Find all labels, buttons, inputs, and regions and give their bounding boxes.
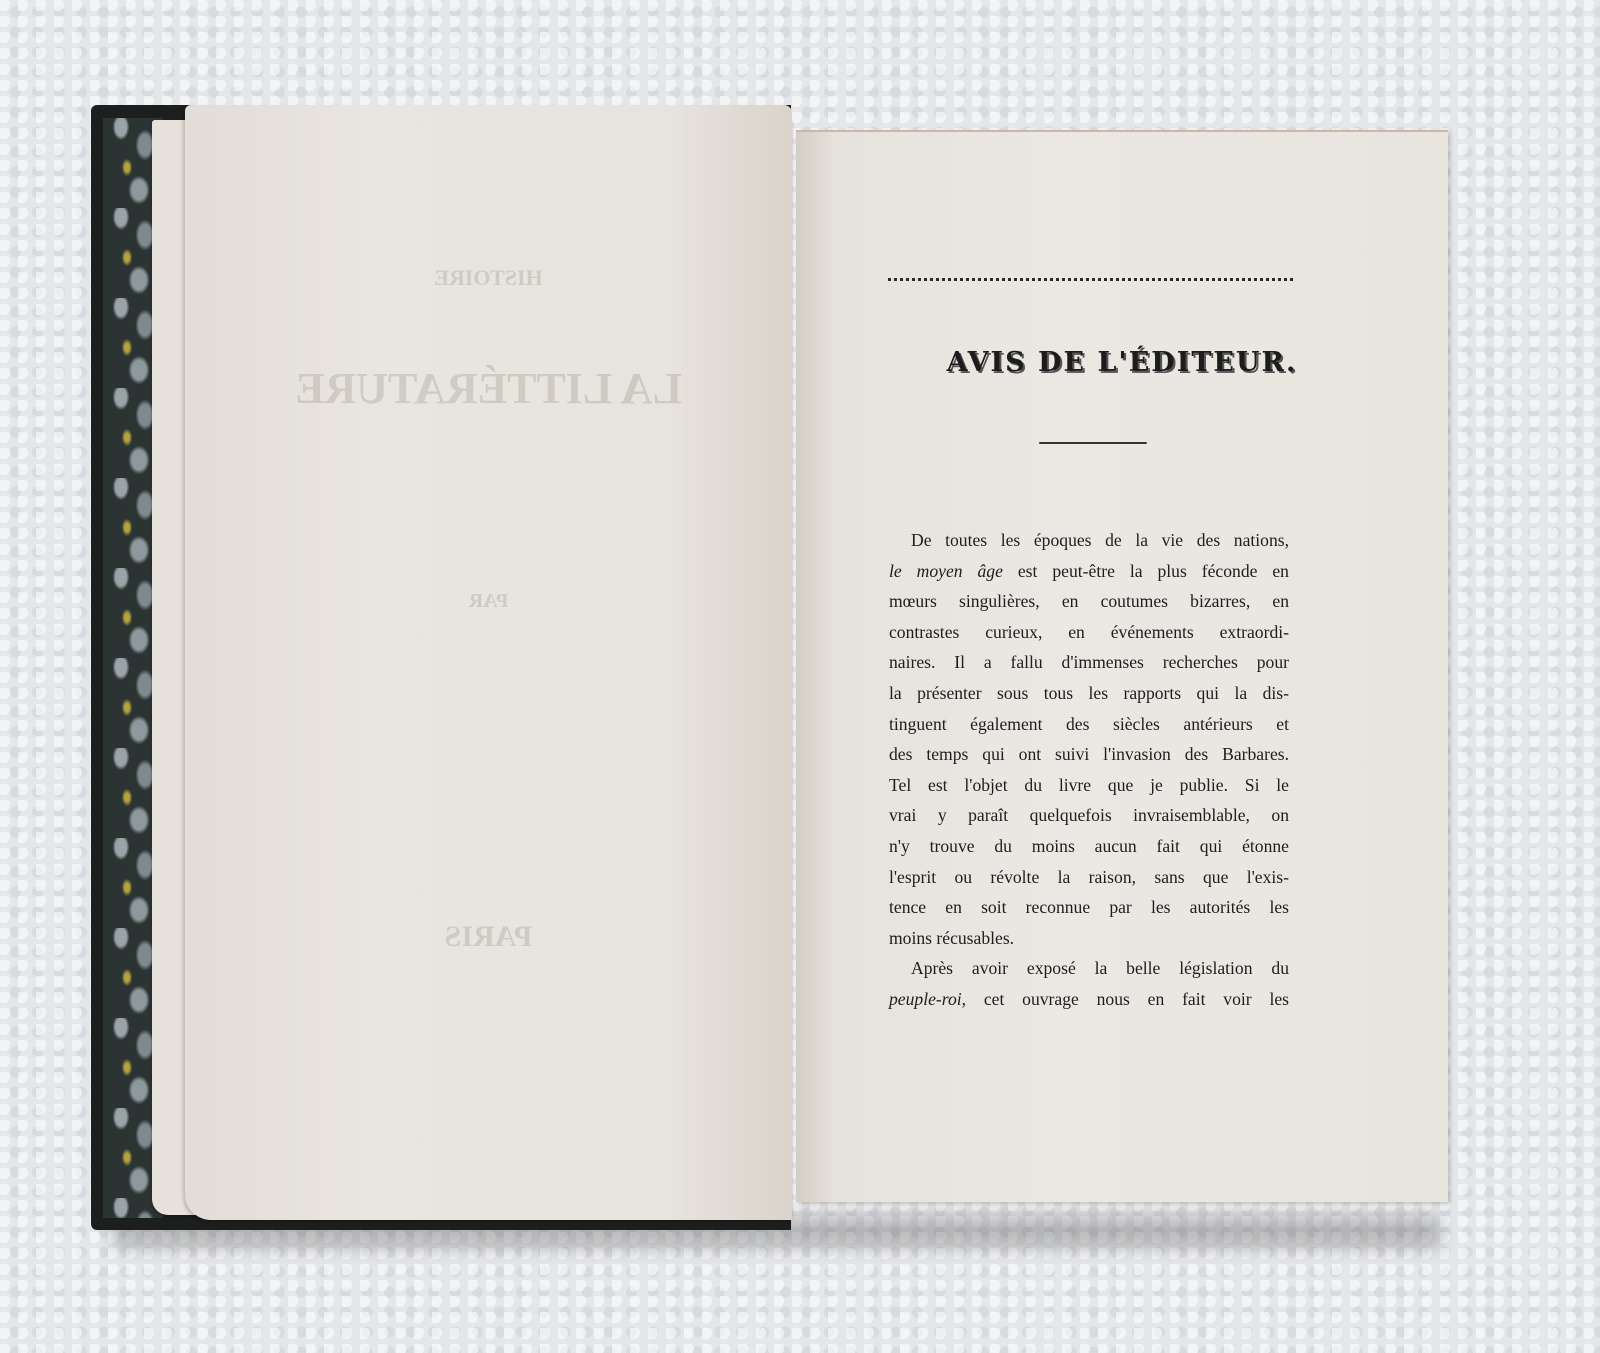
right-page[interactable]: AVIS DE L'ÉDITEUR. De toutes les époques… — [796, 130, 1448, 1202]
text-line: Après avoir exposé la belle législation … — [889, 953, 1289, 984]
text-line: naires. Il a fallu d'immenses recherches… — [889, 647, 1289, 678]
text-line: des temps qui ont suivi l'invasion des B… — [889, 739, 1289, 770]
text-line: la présenter sous tous les rapports qui … — [889, 678, 1289, 709]
text-line: le moyen âge est peut-être la plus fécon… — [889, 556, 1289, 587]
text-line: peuple-roi, cet ouvrage nous en fait voi… — [889, 984, 1289, 1015]
text-line: tinguent également des siècles antérieur… — [889, 709, 1289, 740]
ornamental-rule — [888, 278, 1293, 281]
bleed-through-text: LA LITTÉRATURE — [185, 363, 792, 414]
bleed-through-text: PARIS — [185, 920, 792, 954]
text-span: est peut-être la plus féconde en — [1003, 561, 1289, 581]
page-heading: AVIS DE L'ÉDITEUR. — [796, 347, 1448, 378]
paragraph-1: De toutes les époques de la vie des nati… — [889, 525, 1289, 953]
text-span: , cet ouvrage nous en fait voir les — [962, 989, 1289, 1009]
bleed-through-text: PAR — [185, 590, 792, 613]
bleed-through-text: HISTOIRE — [185, 265, 792, 291]
text-line: mœurs singulières, en coutumes bizarres,… — [889, 586, 1289, 617]
text-line: Tel est l'objet du livre que je publie. … — [889, 770, 1289, 801]
italic-phrase: peuple-roi — [889, 989, 962, 1009]
left-page[interactable]: HISTOIRE LA LITTÉRATURE PAR PARIS — [185, 105, 792, 1220]
text-line: tence en soit reconnue par les autorités… — [889, 892, 1289, 923]
text-line: moins récusables. — [889, 923, 1289, 954]
text-line: contrastes curieux, en événements extrao… — [889, 617, 1289, 648]
body-text: De toutes les époques de la vie des nati… — [889, 525, 1289, 1015]
text-line: l'esprit ou révolte la raison, sans que … — [889, 862, 1289, 893]
divider-rule — [1039, 442, 1147, 444]
paragraph-2: Après avoir exposé la belle législation … — [889, 953, 1289, 1014]
italic-phrase: le moyen âge — [889, 561, 1003, 581]
text-line: vrai y paraît quelquefois invraisemblabl… — [889, 800, 1289, 831]
text-line: n'y trouve du moins aucun fait qui étonn… — [889, 831, 1289, 862]
text-line: De toutes les époques de la vie des nati… — [889, 525, 1289, 556]
